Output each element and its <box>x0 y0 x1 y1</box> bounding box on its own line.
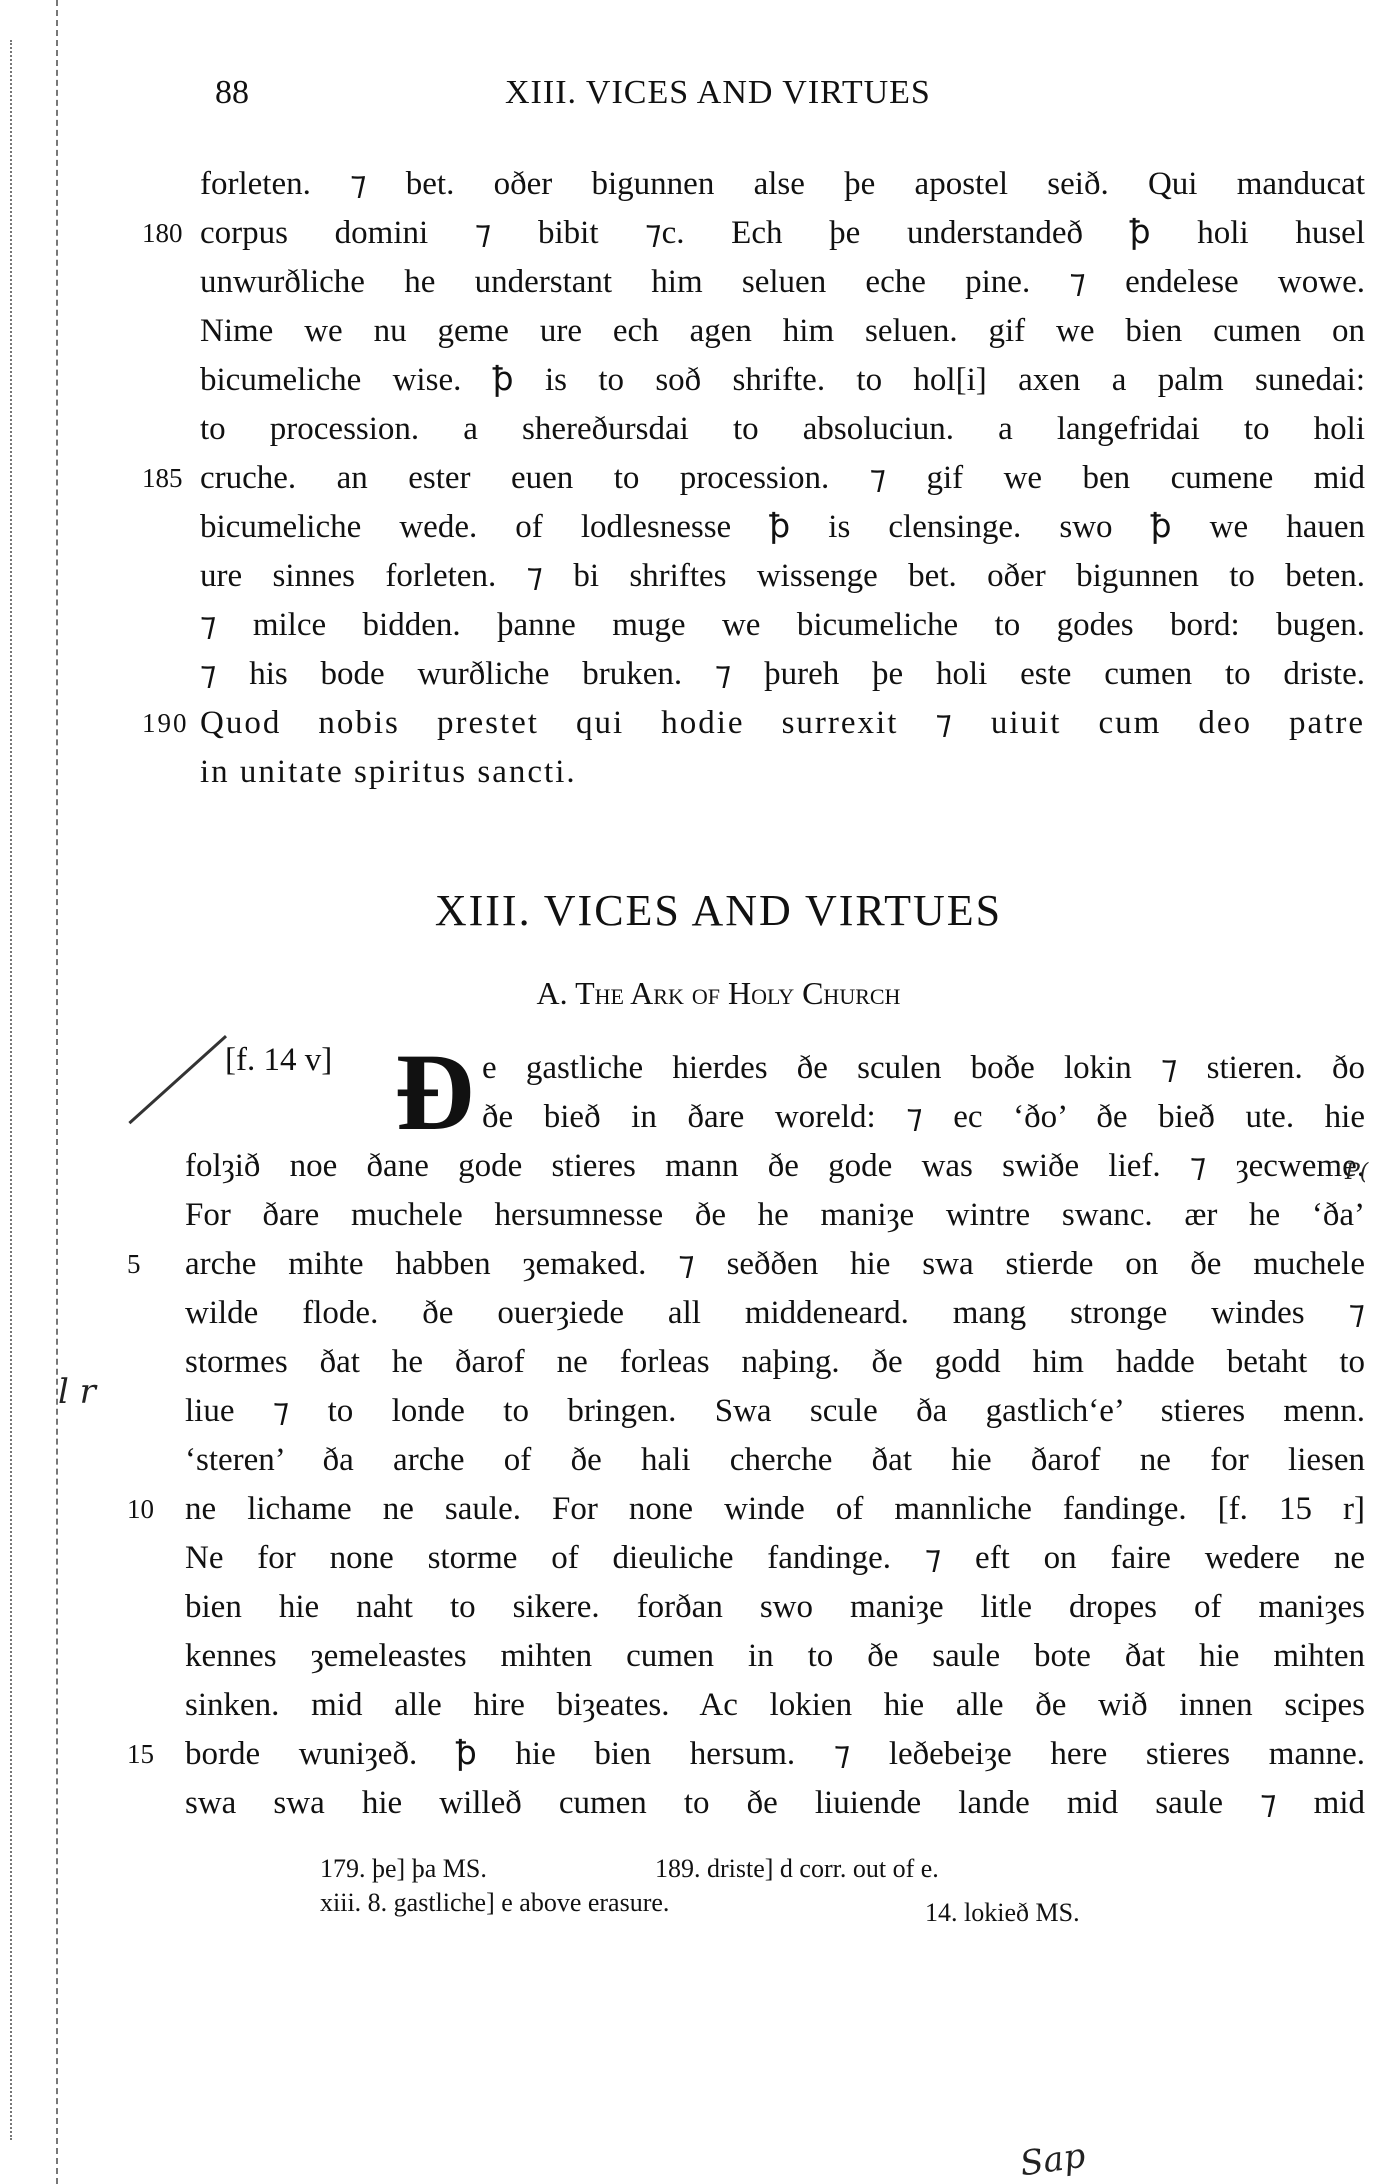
section-text-block: folȝið noe ðane gode stieres mann ðe god… <box>185 1142 1365 1926</box>
line-text: bien hie naht to sikere. forðan swo mani… <box>185 1589 1365 1625</box>
running-title: XIII. VICES AND VIRTUES <box>505 74 931 112</box>
text-line: to procession. a shereðursdai to absoluc… <box>200 405 1365 454</box>
text-line: bicumeliche wise. ꝥ is to soð shrifte. t… <box>200 356 1365 405</box>
text-line: unwurðliche he understant him seluen ech… <box>200 258 1365 307</box>
line-text: arche mihte habben ȝemaked. ⁊ seððen hie… <box>185 1246 1365 1282</box>
page-number: 88 <box>215 74 249 112</box>
text-line: For ðare muchele hersumnesse ðe he maniȝ… <box>185 1191 1365 1240</box>
line-text: borde wuniȝeð. ꝥ hie bien hersum. ⁊ leðe… <box>185 1736 1365 1772</box>
line-text: cruche. an ester euen to procession. ⁊ g… <box>200 460 1365 496</box>
marginal-slash-mark <box>128 1035 227 1124</box>
text-line: bien hie naht to sikere. forðan swo mani… <box>185 1583 1365 1632</box>
line-text: folȝið noe ðane gode stieres mann ðe god… <box>185 1148 1365 1184</box>
line-text: ure sinnes forleten. ⁊ bi shriftes wisse… <box>200 558 1365 594</box>
text-line: folȝið noe ðane gode stieres mann ðe god… <box>185 1142 1365 1191</box>
marginal-note-right: P( <box>1345 1160 1368 1185</box>
section-subtitle: A. The Ark of Holy Church <box>0 975 1397 1012</box>
line-number: 5 <box>127 1240 141 1289</box>
line-text: Ne for none storme of dieuliche fandinge… <box>185 1540 1365 1576</box>
text-line: 185cruche. an ester euen to procession. … <box>200 454 1365 503</box>
text-line: sinken. mid alle hire biȝeates. Ac lokie… <box>185 1681 1365 1730</box>
text-line: ðe bieð in ðare woreld: ⁊ ec ‘ðo’ ðe bie… <box>482 1093 1365 1142</box>
text-line: Ne for none storme of dieuliche fandinge… <box>185 1534 1365 1583</box>
text-line: ⁊ milce bidden. þanne muge we bicumelich… <box>200 601 1365 650</box>
text-line: stormes ðat he ðarof ne forleas naþing. … <box>185 1338 1365 1387</box>
text-line: e gastliche hierdes ðe sculen boðe lokin… <box>482 1044 1365 1093</box>
line-text: unwurðliche he understant him seluen ech… <box>200 264 1365 300</box>
running-head: 88 XIII. VICES AND VIRTUES <box>215 70 1365 120</box>
top-text-block: forleten. ⁊ bet. oðer bigunnen alse þe a… <box>200 160 1365 797</box>
text-line: ure sinnes forleten. ⁊ bi shriftes wisse… <box>200 552 1365 601</box>
line-text: forleten. ⁊ bet. oðer bigunnen alse þe a… <box>200 166 1365 202</box>
line-text: kennes ȝemeleastes mihten cumen in to ðe… <box>185 1638 1365 1674</box>
text-line: wilde flode. ðe ouerȝiede all middeneard… <box>185 1289 1365 1338</box>
line-number: 185 <box>142 454 183 503</box>
left-margin-rule <box>56 0 58 2184</box>
drop-cap: Ð <box>395 1042 474 1142</box>
section-text-block-dropcap: e gastliche hierdes ðe sculen boðe lokin… <box>482 1044 1365 1142</box>
text-line: 180corpus domini ⁊ bibit ⁊c. Ech þe unde… <box>200 209 1365 258</box>
line-number: 15 <box>127 1730 154 1779</box>
line-text: bicumeliche wise. ꝥ is to soð shrifte. t… <box>200 362 1365 398</box>
line-text: ⁊ milce bidden. þanne muge we bicumelich… <box>200 607 1365 643</box>
text-line: in unitate spiritus sancti. <box>200 748 1365 797</box>
text-line: forleten. ⁊ bet. oðer bigunnen alse þe a… <box>200 160 1365 209</box>
line-text: ðe bieð in ðare woreld: ⁊ ec ‘ðo’ ðe bie… <box>482 1099 1365 1135</box>
line-number: 190 <box>142 699 189 748</box>
text-line: kennes ȝemeleastes mihten cumen in to ðe… <box>185 1632 1365 1681</box>
line-text: sinken. mid alle hire biȝeates. Ac lokie… <box>185 1687 1365 1723</box>
line-text: For ðare muchele hersumnesse ðe he maniȝ… <box>185 1197 1365 1233</box>
line-number: 10 <box>127 1485 154 1534</box>
footnote-xiii-8: xiii. 8. gastliche] e above erasure. <box>320 1884 669 1922</box>
text-line: liue ⁊ to londe to bringen. Swa scule ða… <box>185 1387 1365 1436</box>
line-text: liue ⁊ to londe to bringen. Swa scule ða… <box>185 1393 1365 1429</box>
text-line: swa swa hie willeð cumen to ðe liuiende … <box>185 1779 1365 1828</box>
text-line: 15borde wuniȝeð. ꝥ hie bien hersum. ⁊ le… <box>185 1730 1365 1779</box>
line-text: bicumeliche wede. of lodlesnesse ꝥ is cl… <box>200 509 1365 545</box>
text-line: ‘steren’ ða arche of ðe hali cherche ðat… <box>185 1436 1365 1485</box>
marginal-note-left: l r <box>58 1372 96 1412</box>
line-text: e gastliche hierdes ðe sculen boðe lokin… <box>482 1050 1365 1086</box>
text-line: 190Quod nobis prestet qui hodie surrexit… <box>200 699 1365 748</box>
line-text: Nime we nu geme ure ech agen him seluen.… <box>200 313 1365 349</box>
line-text: ⁊ his bode wurðliche bruken. ⁊ þureh þe … <box>200 656 1365 692</box>
text-line: bicumeliche wede. of lodlesnesse ꝥ is cl… <box>200 503 1365 552</box>
line-text: to procession. a shereðursdai to absoluc… <box>200 411 1365 447</box>
line-text: wilde flode. ðe ouerȝiede all middeneard… <box>185 1295 1365 1331</box>
footnote-179: 179. þe] þa MS. <box>320 1850 487 1888</box>
footnote-14: 14. lokieð MS. <box>925 1894 1080 1932</box>
line-text: in unitate spiritus sancti. <box>200 754 577 790</box>
line-text: swa swa hie willeð cumen to ðe liuiende … <box>185 1785 1365 1821</box>
text-line: 5arche mihte habben ȝemaked. ⁊ seððen hi… <box>185 1240 1365 1289</box>
line-text: stormes ðat he ðarof ne forleas naþing. … <box>185 1344 1365 1380</box>
footnote-189: 189. driste] d corr. out of e. <box>655 1850 939 1888</box>
line-text: Quod nobis prestet qui hodie surrexit ⁊ … <box>200 705 1365 741</box>
text-line: Nime we nu geme ure ech agen him seluen.… <box>200 307 1365 356</box>
left-margin-rule-outer <box>10 40 12 2140</box>
line-text: ‘steren’ ða arche of ðe hali cherche ðat… <box>185 1442 1365 1478</box>
bottom-scrawl: Sap <box>1018 2136 1088 2184</box>
line-text: ne lichame ne saule. For none winde of m… <box>185 1491 1365 1527</box>
line-text: corpus domini ⁊ bibit ⁊c. Ech þe underst… <box>200 215 1365 251</box>
line-number: 180 <box>142 209 183 258</box>
text-line: 10ne lichame ne saule. For none winde of… <box>185 1485 1365 1534</box>
folio-reference: [f. 14 v] <box>225 1042 332 1079</box>
text-line: ⁊ his bode wurðliche bruken. ⁊ þureh þe … <box>200 650 1365 699</box>
section-title: XIII. VICES AND VIRTUES <box>0 885 1397 936</box>
